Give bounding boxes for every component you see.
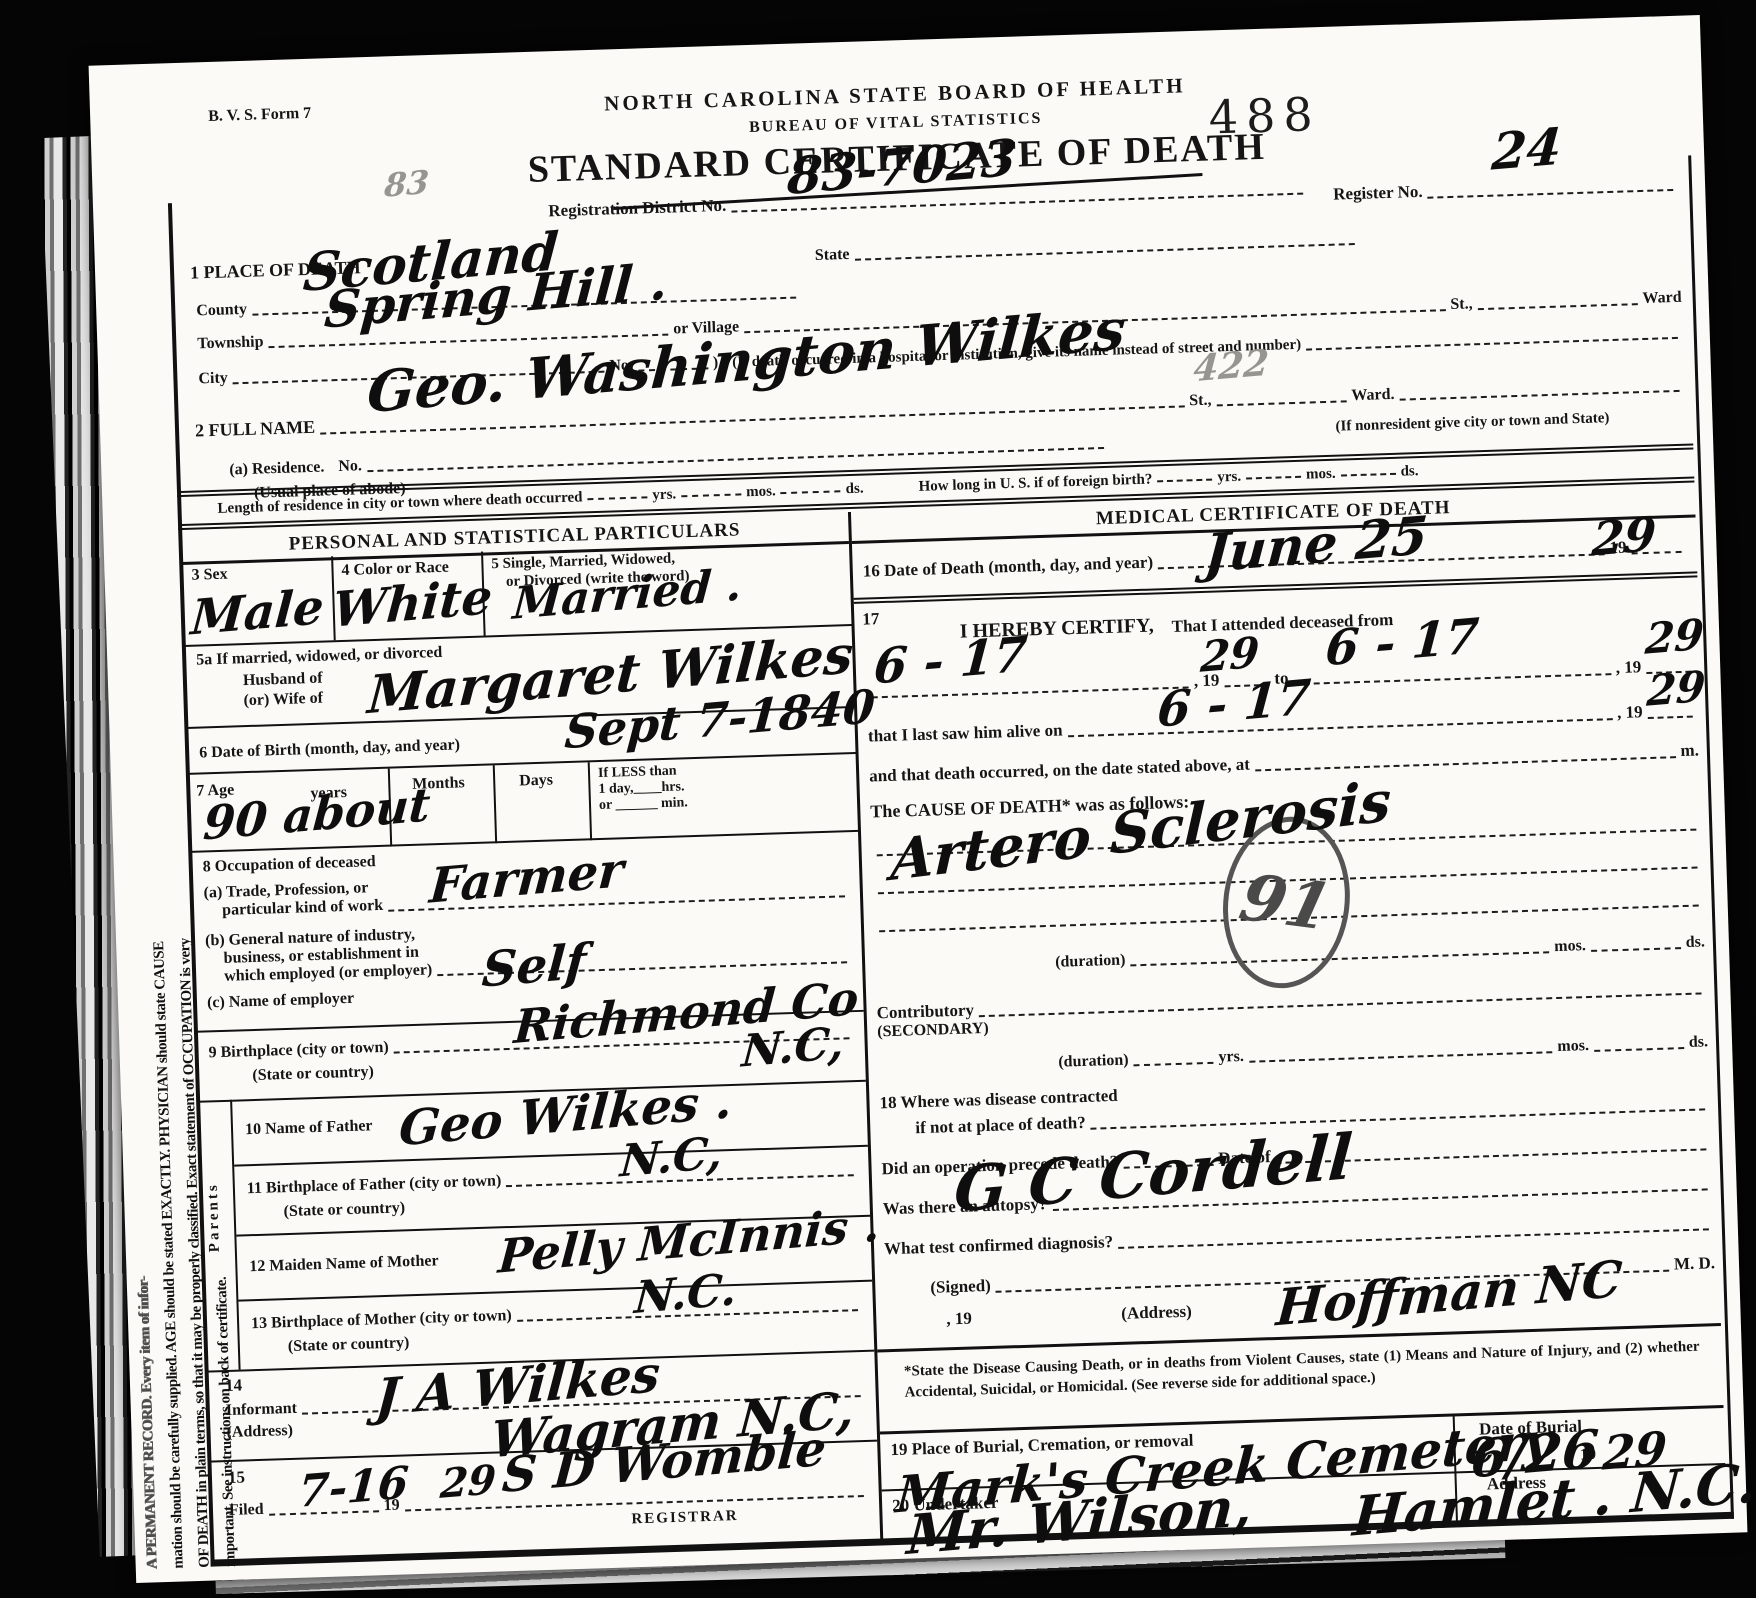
dotted-line xyxy=(1134,1057,1214,1067)
attended-from-value: 6 - 17 xyxy=(872,630,1029,691)
duration-label: (duration) xyxy=(1058,1052,1129,1072)
days-cell: Days xyxy=(493,762,590,843)
dotted-line xyxy=(1255,751,1676,771)
ds-label: ds. xyxy=(1400,463,1418,481)
informant-label: Informant xyxy=(226,1400,298,1420)
certify-row: I HEREBY CERTIFY, That I attended deceas… xyxy=(959,598,1689,644)
last-saw-year: 29 xyxy=(1645,665,1706,712)
employer-value: Self xyxy=(480,938,587,995)
name-ward-label: Ward. xyxy=(1351,386,1395,405)
mos-label: mos. xyxy=(1557,1037,1589,1056)
name-street-label: St., xyxy=(1189,392,1212,411)
dotted-line xyxy=(1067,713,1612,737)
dotted-line xyxy=(1216,395,1346,406)
dod-label: 16 Date of Death (month, day, and year) xyxy=(863,553,1154,582)
how-long-us-label: How long in U. S. if of foreign birth? xyxy=(918,471,1152,495)
stamp-91-value: 91 xyxy=(1234,860,1340,945)
city-label: City xyxy=(198,369,228,388)
full-name-label: 2 FULL NAME xyxy=(195,417,316,442)
mos-label: mos. xyxy=(746,483,776,501)
item-17: 17 xyxy=(862,609,880,630)
form-number: B. V. S. Form 7 xyxy=(208,105,311,126)
street-label: St., xyxy=(1450,295,1473,314)
length-of-residence-label: Length of residence in city or town wher… xyxy=(217,489,582,517)
comma-19: , 19 xyxy=(1615,657,1641,678)
dotted-line xyxy=(979,987,1702,1017)
ds-label: ds. xyxy=(845,481,863,499)
dotted-line xyxy=(1118,1223,1709,1249)
secondary-label: (SECONDARY) xyxy=(877,1020,989,1041)
comma-19: , 19 xyxy=(1617,702,1643,723)
duration-row-1: (duration) mos. ds. xyxy=(1055,933,1705,971)
race-value: White xyxy=(331,573,494,635)
q18-label: 18 Where was disease contracted xyxy=(879,1086,1118,1113)
dotted-line xyxy=(1091,1103,1705,1129)
mos-label: mos. xyxy=(1554,937,1586,956)
cause-footnote: *State the Disease Causing Death, or in … xyxy=(904,1337,1701,1404)
yrs-label: yrs. xyxy=(1217,469,1241,487)
signed-label: (Signed) xyxy=(930,1276,991,1298)
mos-label: mos. xyxy=(1306,466,1336,484)
dotted-line xyxy=(781,485,841,494)
dotted-line xyxy=(1246,470,1301,479)
q18b-label: if not at place of death? xyxy=(915,1113,1086,1138)
test-label: What test confirmed diagnosis? xyxy=(884,1232,1114,1259)
registrar-label: REGISTRAR xyxy=(631,1508,739,1528)
duration-label: (duration) xyxy=(1055,952,1126,972)
medical-column: MEDICAL CERTIFICATE OF DEATH 16 Date of … xyxy=(848,485,1727,1538)
state-label: State xyxy=(815,246,850,265)
attended-to-year: 29 xyxy=(1644,614,1705,661)
mother-bp-label: 13 Birthplace of Mother (city or town) xyxy=(251,1307,512,1333)
county-label: County xyxy=(196,301,247,321)
ward-label: Ward xyxy=(1642,289,1682,308)
personal-column: PERSONAL AND STATISTICAL PARTICULARS 3 S… xyxy=(180,512,880,1559)
address-19-label: , 19 xyxy=(946,1309,972,1330)
ds-label: ds. xyxy=(1685,933,1705,952)
address-label: (Address) xyxy=(1121,1302,1192,1324)
death-at-label: and that death occurred, on the date sta… xyxy=(869,755,1250,787)
dotted-line xyxy=(1157,473,1212,482)
days-label: Days xyxy=(519,771,553,790)
m-label: m. xyxy=(1680,740,1699,761)
residence-label: (a) Residence. xyxy=(229,458,325,479)
mother-bp-value: N.C. xyxy=(633,1268,738,1321)
dotted-line xyxy=(1478,298,1638,310)
sex-value: Male xyxy=(189,583,325,643)
father-bp-label: 11 Birthplace of Father (city or town) xyxy=(247,1172,502,1198)
dotted-line xyxy=(1130,946,1549,966)
filed-year: 29 xyxy=(439,1460,497,1505)
father-bp-value: N.C, xyxy=(619,1131,724,1184)
less-than-cell: If LESS than 1 day,____hrs. or ______ mi… xyxy=(588,754,858,840)
dotted-line xyxy=(1591,942,1681,952)
birthplace-label: 9 Birthplace (city or town) xyxy=(208,1039,389,1063)
dotted-line xyxy=(1340,467,1395,476)
certificate-paper: A PERMANENT RECORD. Every item of infor-… xyxy=(89,15,1748,1583)
dotted-line xyxy=(1249,1046,1553,1063)
yrs-label: yrs. xyxy=(652,486,676,504)
dotted-line xyxy=(587,491,647,500)
township-label: Township xyxy=(197,333,264,353)
spacer xyxy=(864,487,919,489)
physician-signature: G C Cordell xyxy=(952,1126,1354,1222)
ds-label: ds. xyxy=(1689,1033,1709,1052)
attended-to-value: 6 - 17 xyxy=(1324,612,1481,673)
duration-row-2: (duration) yrs. mos. ds. xyxy=(1058,1033,1708,1071)
dotted-line xyxy=(1594,1042,1684,1052)
pencil-number: 422 xyxy=(1192,345,1270,388)
parents-label: Parents xyxy=(205,1182,224,1252)
filed-value: 7-16 xyxy=(297,1461,410,1515)
certificate-number-stamp: 488 xyxy=(1208,87,1321,144)
attended-from-year: 29 xyxy=(1199,631,1260,678)
last-saw-value: 6 - 17 xyxy=(1156,673,1313,734)
last-saw-label: that I last saw him alive on xyxy=(868,720,1063,746)
dod-year: 29 xyxy=(1591,511,1658,563)
residence-no-label: No. xyxy=(338,457,362,476)
trade-label-2: particular kind of work xyxy=(222,897,384,920)
md-label: M. D. xyxy=(1674,1253,1716,1274)
dotted-line xyxy=(681,488,741,497)
filed-label: Filed xyxy=(229,1501,264,1520)
yrs-label: yrs. xyxy=(1218,1048,1244,1067)
